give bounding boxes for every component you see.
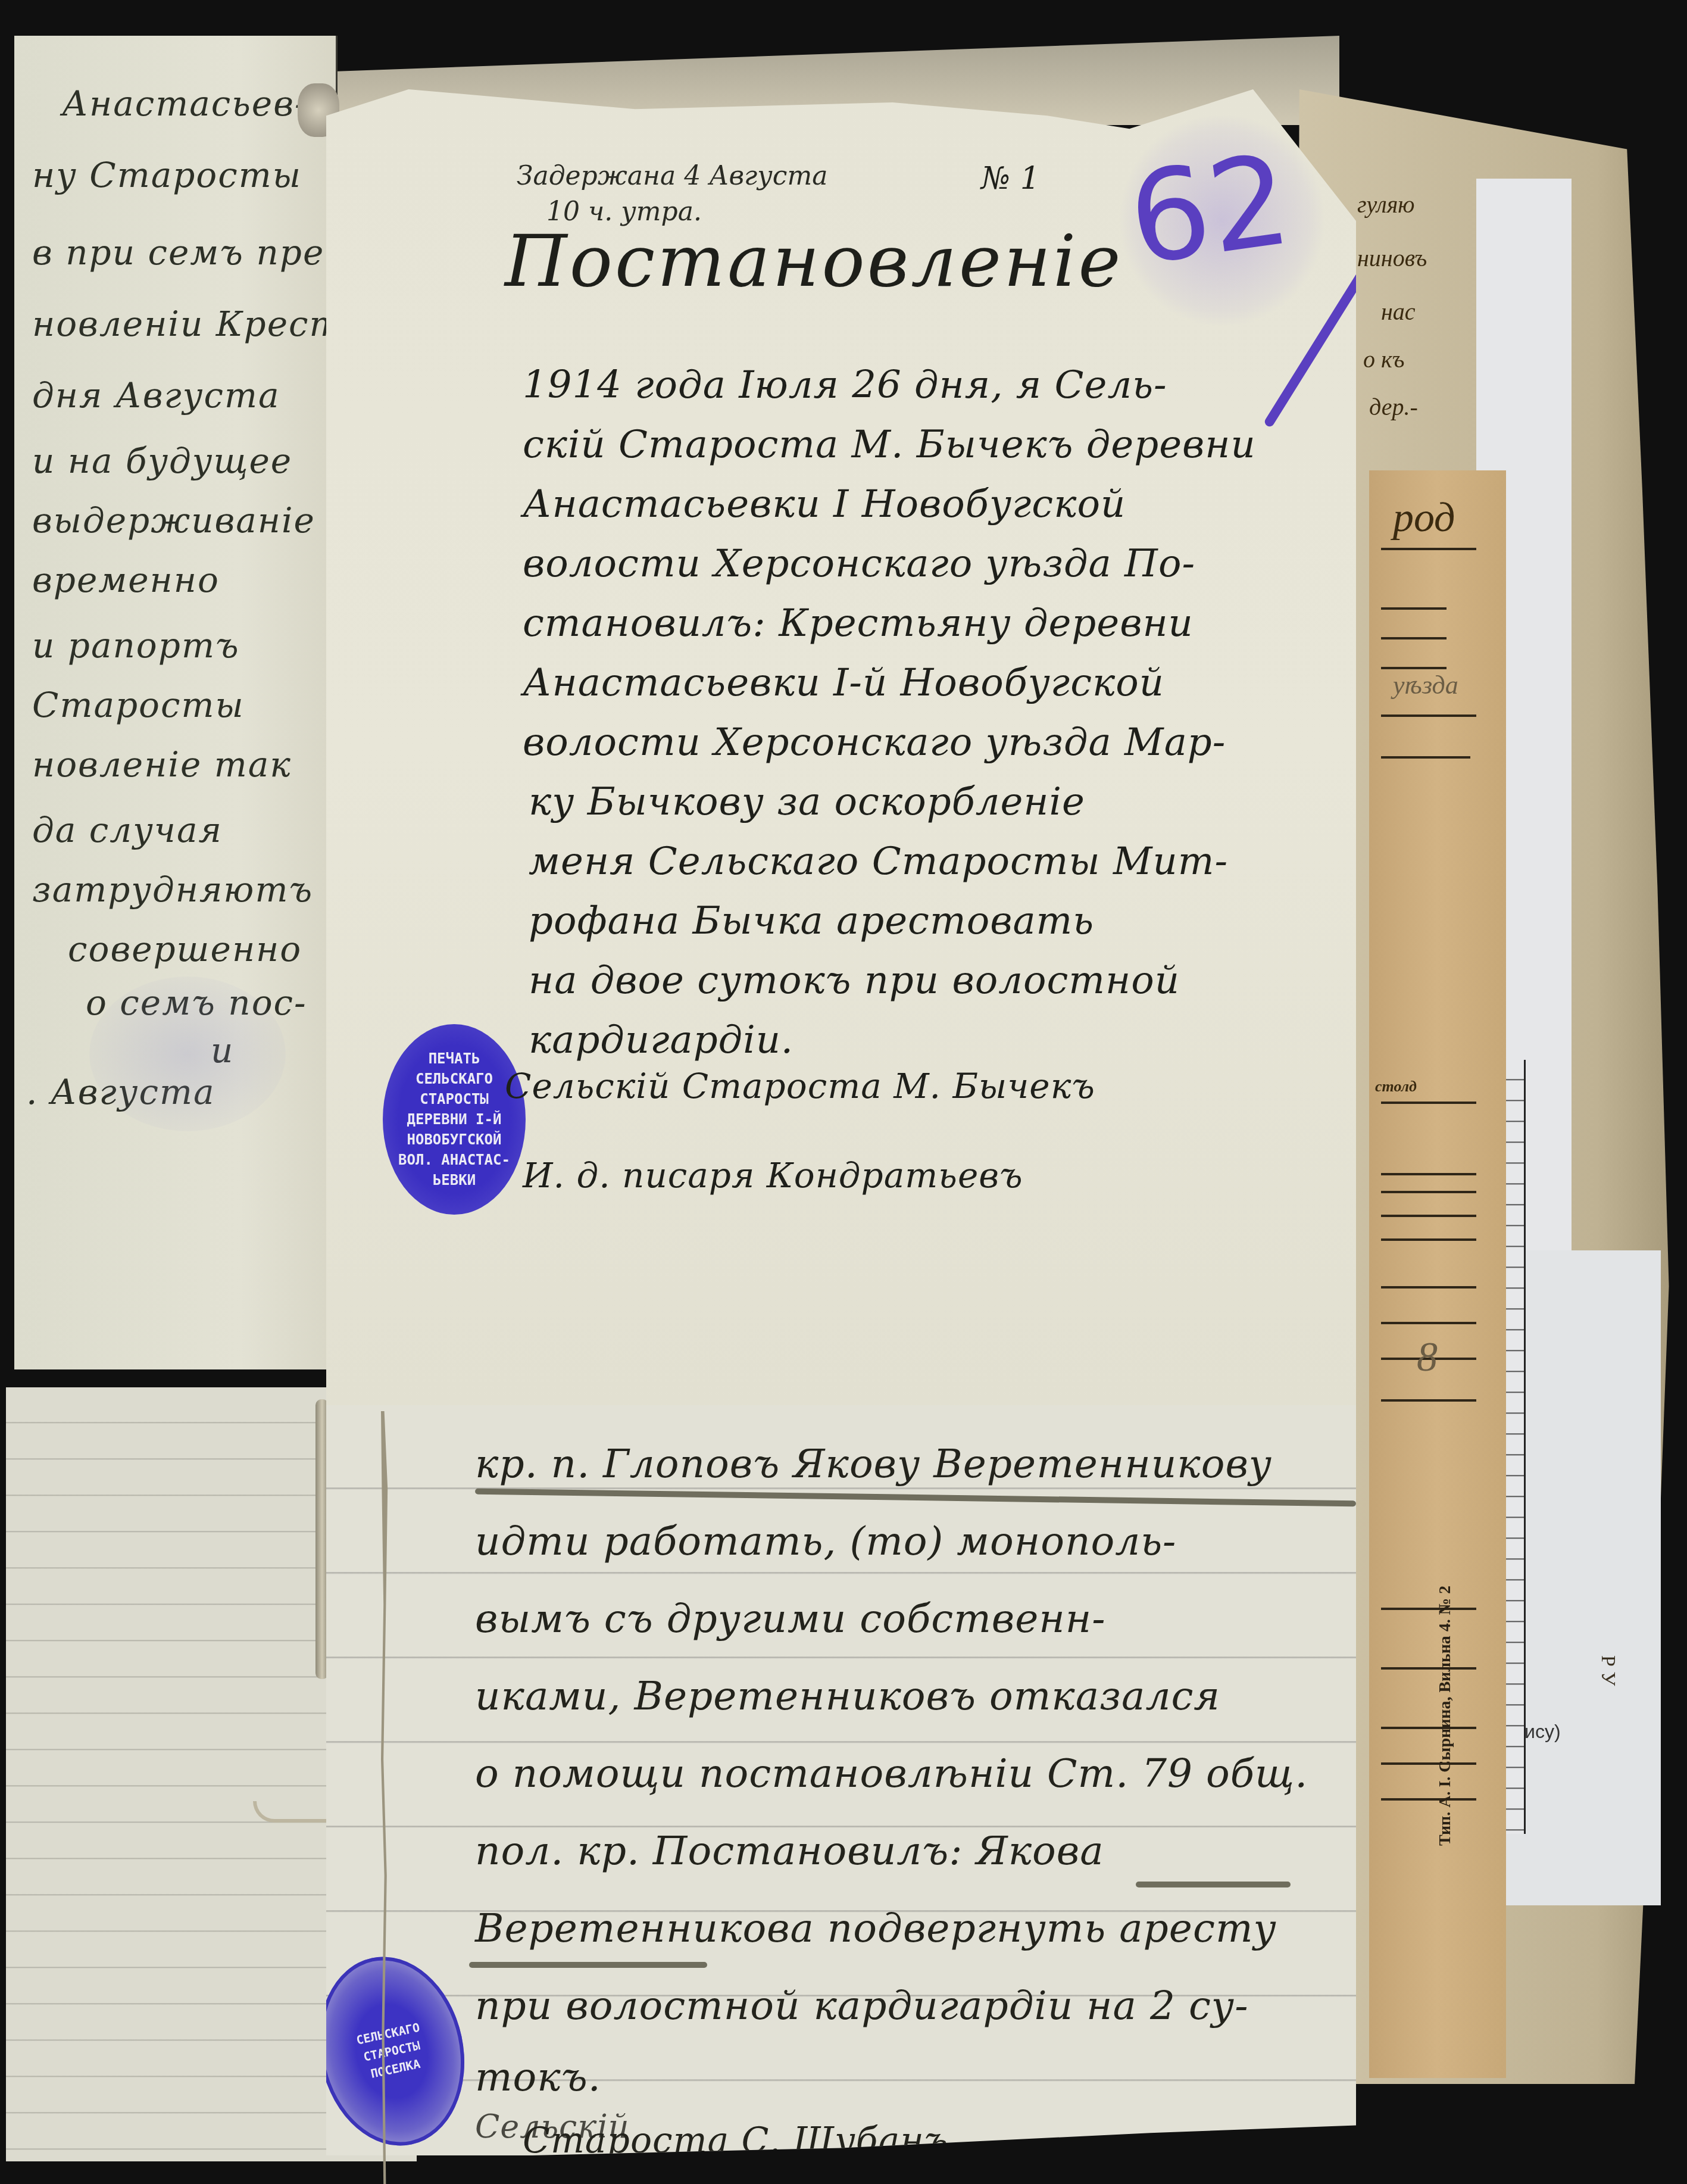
left-page-line: дня Августа xyxy=(32,375,280,416)
form-rule xyxy=(1381,1727,1476,1729)
form-rule xyxy=(1381,715,1476,717)
elder-signature-line: Сельскій Староста М. Бычекъ xyxy=(505,1066,1095,1106)
decree-number: № 1 xyxy=(981,161,1040,196)
second-decree-body-line: при волостной кардигардіи на 2 су- xyxy=(475,1983,1248,2029)
second-decree-body-line: иками, Веретенниковъ отказался xyxy=(475,1673,1220,1719)
form-rule xyxy=(1381,548,1476,550)
form-rule xyxy=(1381,1608,1476,1610)
rotated-print-letters: Р У xyxy=(1597,1655,1619,1686)
left-page-line: Старосты xyxy=(32,685,245,725)
form-rule xyxy=(1381,1798,1476,1801)
decree-body-line: волости Херсонскаго уѣзда По- xyxy=(523,542,1195,586)
left-page-line: и на будущее xyxy=(32,441,292,481)
form-rule xyxy=(1381,1238,1476,1241)
fragment-text: нас xyxy=(1381,298,1416,326)
decree-body-line: Анастасьевки І Новобугской xyxy=(523,482,1126,526)
clerk-signature-line: И. д. писаря Кондратьевъ xyxy=(523,1155,1023,1196)
ink-underline xyxy=(469,1962,707,1968)
left-page-sheet: Анастасьев- ну Старосты в при семъ пре н… xyxy=(14,36,338,1369)
form-rule xyxy=(1381,756,1470,759)
seal-text: ПЕЧАТЬ xyxy=(429,1049,480,1069)
left-page-line: Анастасьев- xyxy=(62,83,308,124)
form-rule xyxy=(1381,1286,1476,1288)
form-rule xyxy=(1381,637,1447,639)
decree-body-line: скій Староста М. Бычекъ деревни xyxy=(523,423,1256,467)
seal-text: ВОЛ. АНАСТАС- xyxy=(398,1150,510,1170)
seal-text: СТАРОСТЫ xyxy=(420,1089,489,1109)
ink-underline xyxy=(475,1489,1356,1507)
form-rule xyxy=(1381,1762,1476,1765)
left-page-line: да случая xyxy=(32,810,223,850)
second-decree-body-line: Веретенникова подвергнуть аресту xyxy=(475,1905,1277,1951)
seal-text: ДЕРЕВНИ І-Й xyxy=(407,1109,502,1130)
decree-body-line: ку Бычкову за оскорбленіе xyxy=(529,780,1085,824)
form-rule xyxy=(1381,1102,1476,1104)
form-rule xyxy=(1381,1191,1476,1193)
form-rule xyxy=(1381,667,1447,669)
second-decree-body-line: идти работать, (то) монополь- xyxy=(475,1518,1176,1564)
ink-underline xyxy=(1136,1882,1291,1887)
decree-body-line: становилъ: Крестьяну деревни xyxy=(523,601,1194,645)
form-label-text: столд xyxy=(1375,1078,1417,1096)
second-decree-body-line: о помощи постановлѣніи Ст. 79 общ. xyxy=(475,1751,1308,1796)
seal-text: СЕЛЬСКАГО xyxy=(415,1069,493,1089)
detention-note: Задержана 4 Августа xyxy=(517,161,827,191)
decree-body-line: Анастасьевки І-й Новобугской xyxy=(523,661,1164,705)
settlement-elder-seal: СЕЛЬСКАГО СТАРОСТЫ ПОСЕЛКА xyxy=(302,1943,481,2160)
left-page-line: в при семъ пре xyxy=(32,232,324,273)
printer-imprint: Тип. А. І. Сырнина, Вильна 4. № 2 xyxy=(1436,1586,1455,1846)
fragment-text: гуляю xyxy=(1357,191,1415,219)
fragment-text: род xyxy=(1393,494,1455,542)
second-decree-body-line: токъ. xyxy=(475,2054,601,2100)
form-rule xyxy=(1381,1667,1476,1670)
form-rule xyxy=(1381,607,1447,610)
form-rule xyxy=(1381,1173,1476,1175)
archive-page-number: 62 xyxy=(1120,127,1298,294)
fragment-text: 8 xyxy=(1417,1334,1438,1381)
left-page-line: совершенно xyxy=(68,929,302,969)
village-elder-seal: ПЕЧАТЬ СЕЛЬСКАГО СТАРОСТЫ ДЕРЕВНИ І-Й НО… xyxy=(383,1024,526,1215)
second-decree-sheet: кр. п. Глоповъ Якову Веретенникову идти … xyxy=(326,1405,1356,2155)
left-page-line: временно xyxy=(32,560,220,600)
form-rule xyxy=(1381,1322,1476,1324)
left-page-line: ну Старосты xyxy=(32,155,302,195)
decree-body-line: меня Сельскаго Старосты Мит- xyxy=(529,840,1228,884)
decree-body-line: рофана Бычка арестовать xyxy=(529,899,1094,943)
document-title: Постановленіе xyxy=(505,220,1123,303)
left-page-line: выдерживаніе xyxy=(32,500,315,541)
decree-body-line: волости Херсонскаго уѣзда Мар- xyxy=(523,720,1226,765)
seal-text: НОВОБУГСКОЙ xyxy=(407,1130,502,1150)
seal-ring xyxy=(302,1943,481,2160)
left-page-line: новленіи Кресту xyxy=(32,304,364,344)
second-decree-body-line: вымъ съ другими собственн- xyxy=(475,1596,1105,1642)
left-page-line: новленіе так xyxy=(32,744,292,785)
form-rule xyxy=(1381,1215,1476,1217)
decree-body-line: кардигардіи. xyxy=(529,1018,793,1062)
decree-sheet: Задержана 4 Августа 10 ч. утра. № 1 62 П… xyxy=(326,89,1356,1405)
fragment-text: уѣзда xyxy=(1393,670,1458,700)
decree-body-line: 1914 года Іюля 26 дня, я Сель- xyxy=(523,363,1167,407)
left-page-line: и рапортъ xyxy=(32,625,240,666)
fragment-text: ниновъ xyxy=(1357,244,1427,272)
fragment-text: деp.- xyxy=(1369,393,1418,421)
faded-stamp-ghost xyxy=(89,976,286,1131)
form-rule xyxy=(1381,1399,1476,1402)
decree-body-line: на двое сутокъ при волостной xyxy=(529,959,1180,1003)
second-decree-body-line: пол. кр. Постановилъ: Якова xyxy=(475,1828,1104,1874)
fragment-text: о къ xyxy=(1363,345,1404,373)
seal-text: ЬЕВКИ xyxy=(433,1170,476,1190)
left-page-line: затрудняютъ xyxy=(32,869,313,910)
second-decree-body-line: кр. п. Глоповъ Якову Веретенникову xyxy=(475,1441,1272,1487)
